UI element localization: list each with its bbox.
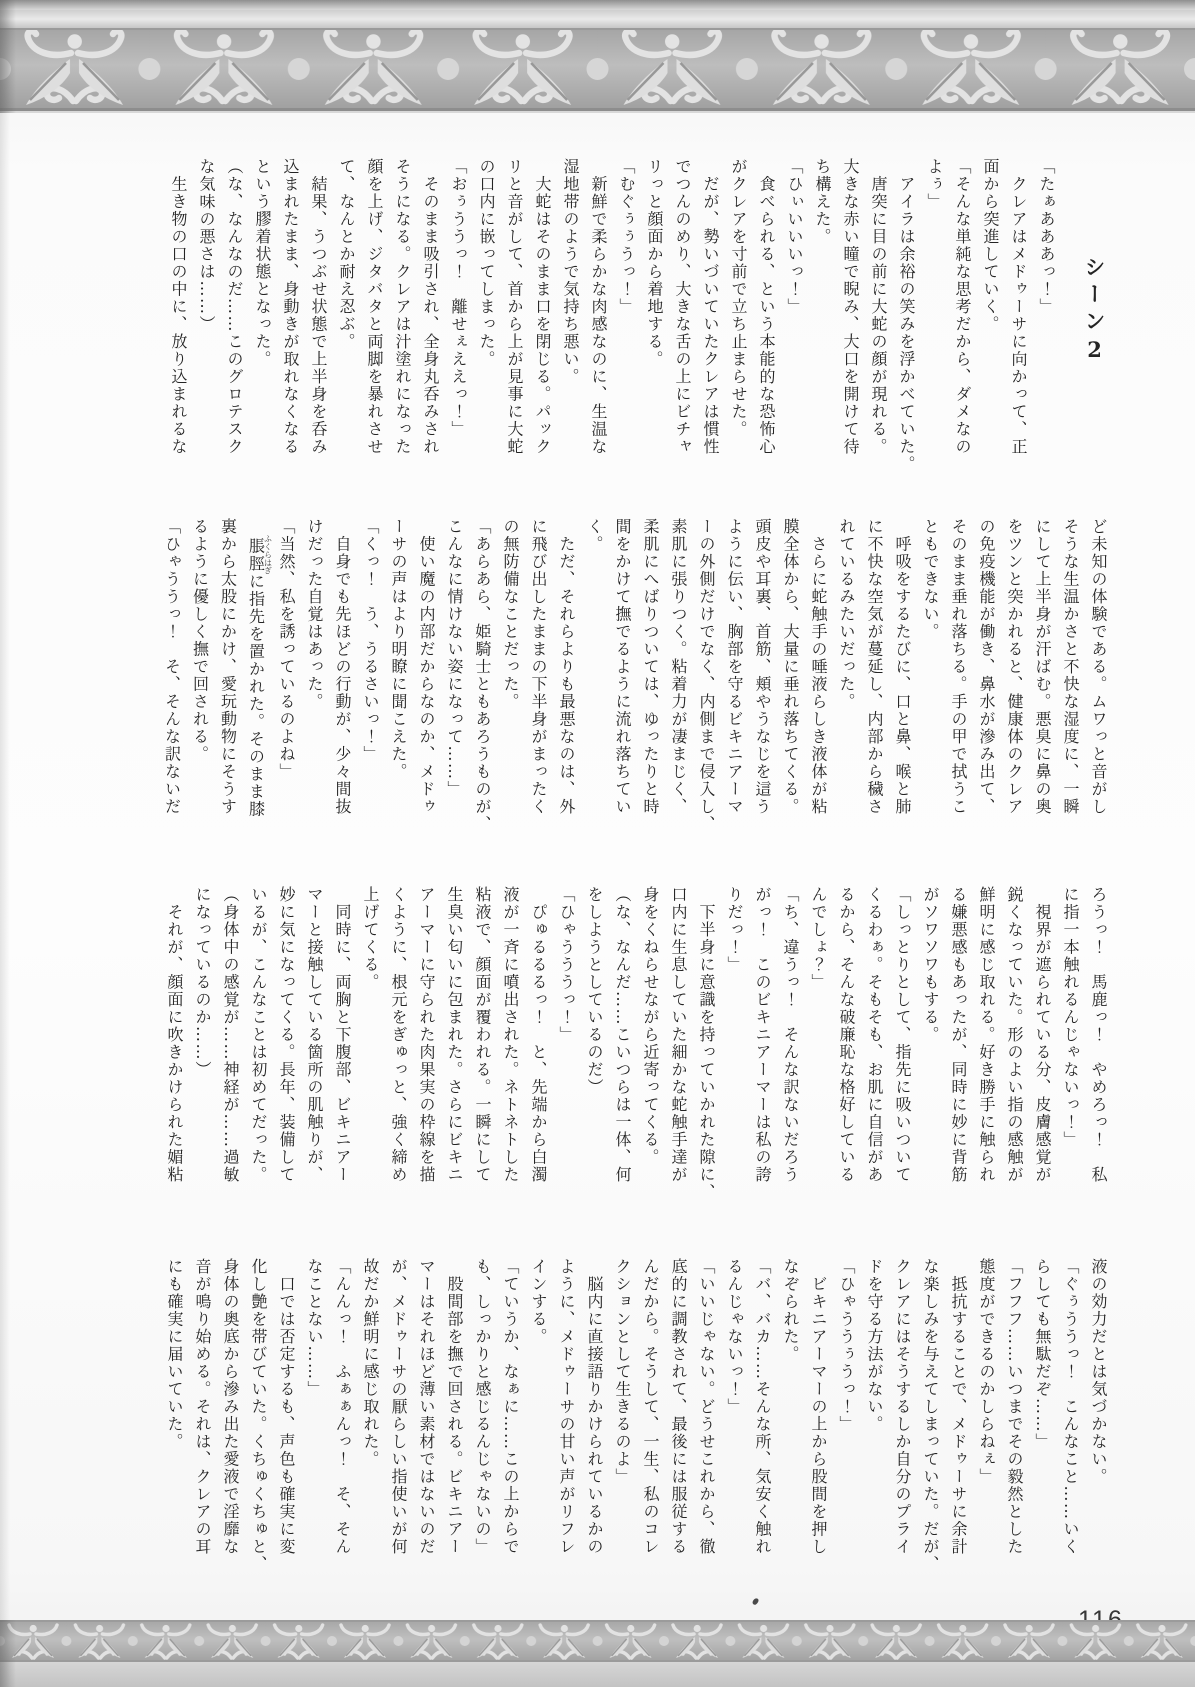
text-column: 面から突進していく。 bbox=[976, 158, 1004, 476]
bottom-ornament-frieze bbox=[0, 1620, 1195, 1687]
text-column: 化し艶を帯びていた。くちゅくちゅと、 bbox=[244, 1258, 272, 1576]
text-column: 「ち、違うっ！ そんな訳ないだろう bbox=[776, 886, 804, 1204]
book-page: シーン2 「たぁあああっ！」 クレアはメドゥーサに向かって、正面から突進していく… bbox=[0, 0, 1195, 1687]
text-column: の免疫機能が働き、鼻水が滲み出て、 bbox=[972, 518, 1000, 836]
text-column: 「そんな単純な思考だから、ダメなの bbox=[948, 158, 976, 476]
text-column: けだった自覚はあった。 bbox=[300, 518, 328, 836]
text-column: 生臭い匂いに包まれた。さらにビキニ bbox=[440, 886, 468, 1204]
text-column: 脳内に直接語りかけられているかの bbox=[580, 1258, 608, 1576]
text-column: 音が鳴り始める。それは、クレアの耳 bbox=[188, 1258, 216, 1576]
text-column: るから、そんな破廉恥な格好している bbox=[832, 886, 860, 1204]
text-column: ように、メドゥーサの甘い声がリフレ bbox=[552, 1258, 580, 1576]
text-column: インする。 bbox=[524, 1258, 552, 1576]
text-column: 大蛇はそのまま口を閉じる。パック bbox=[528, 158, 556, 476]
text-column: アイラは余裕の笑みを浮かべていた。 bbox=[892, 158, 920, 476]
text-column: 粘液で、顔面が覆われる。一瞬にして bbox=[468, 886, 496, 1204]
text-column: 間をかけて撫でるように流れ落ちてい bbox=[608, 518, 636, 836]
text-column: ーの外側だけでなく、内側まで侵入し、 bbox=[692, 518, 720, 836]
ruby-annotation: 脹脛ふくらはぎ bbox=[247, 536, 266, 574]
text-column: 鋭くなっていた。形のよい指の感触が bbox=[1000, 886, 1028, 1204]
text-column: くように、根元をぎゅっと、強く締め bbox=[384, 886, 412, 1204]
text-column: マーはそれほど薄い素材ではないのだ bbox=[412, 1258, 440, 1576]
text-column: ぴゅるるるっ！ と、先端から白濁 bbox=[524, 886, 552, 1204]
text-column: ろうっ！ 馬鹿っ！ やめろっ！ 私 bbox=[1084, 886, 1112, 1204]
text-column: 口では否定するも、声色も確実に変 bbox=[272, 1258, 300, 1576]
text-column: 股間部を撫で回される。ビキニアー bbox=[440, 1258, 468, 1576]
text-column: そのまま吸引され、全身丸呑みされ bbox=[416, 158, 444, 476]
text-column: 「ひゃううっ！ そ、そんな訳ないだ bbox=[158, 518, 186, 836]
text-column: んだから。そうして、一生、私のコレ bbox=[636, 1258, 664, 1576]
text-column: 「あらあら、姫騎士ともあろうものが、 bbox=[468, 518, 496, 836]
text-block-1: シーン2 「たぁあああっ！」 クレアはメドゥーサに向かって、正面から突進していく… bbox=[158, 158, 1112, 476]
text-column: 抵抗することで、メドゥーサに余計 bbox=[944, 1258, 972, 1576]
text-column: そうな生温かさと不快な湿度に、一瞬 bbox=[1056, 518, 1084, 836]
text-column: でつんのめり、大きな舌の上にビチャ bbox=[668, 158, 696, 476]
text-column: そのまま垂れ落ちる。手の甲で拭うこ bbox=[944, 518, 972, 836]
text-column: るように優しく撫で回される。 bbox=[186, 518, 214, 836]
text-column: 「ひゃうううっ！」 bbox=[552, 886, 580, 1204]
text-column: なことない……」 bbox=[300, 1258, 328, 1576]
text-block-4: 液の効力だとは気づかない。「ぐぅううっ！ こんなこと……いくらしても無駄だぞ……… bbox=[158, 1258, 1112, 1576]
text-column: 身をくねらせながら近寄ってくる。 bbox=[636, 886, 664, 1204]
text-column: 「いいじゃない。どうせこれから、徹 bbox=[692, 1258, 720, 1576]
text-column: るんじゃないっ！」 bbox=[720, 1258, 748, 1576]
text-column: ように伝い、胸部を守るビキニアーマ bbox=[720, 518, 748, 836]
text-column: る嫌悪感もあったが、同時に妙に背筋 bbox=[944, 886, 972, 1204]
top-ornament-border bbox=[0, 0, 1195, 113]
text-column: にして上半身が汗ばむ。悪臭に鼻の奥 bbox=[1028, 518, 1056, 836]
text-column: 妙に気になってくる。長年、装備して bbox=[272, 886, 300, 1204]
text-column: だが、勢いづいていたクレアは慣性 bbox=[696, 158, 724, 476]
text-column: がっ！ このビキニアーマーは私の誇 bbox=[748, 886, 776, 1204]
text-column: 顔を上げ、ジタバタと両脚を暴れさせ bbox=[360, 158, 388, 476]
text-column: にも確実に届いていた。 bbox=[160, 1258, 188, 1576]
text-column: 視界が遮られている分、皮膚感覚が bbox=[1028, 886, 1056, 1204]
text-column: 込まれたまま、身動きが取れなくなる bbox=[276, 158, 304, 476]
text-column: そうになる。クレアは汁塗れになった bbox=[388, 158, 416, 476]
text-column: 大きな赤い瞳で睨み、大口を開けて待 bbox=[836, 158, 864, 476]
ink-speck bbox=[752, 1597, 760, 1606]
text-column: 「ていうか、なぁに……この上からで bbox=[496, 1258, 524, 1576]
text-column: 使い魔の内部だからなのか、メドゥ bbox=[412, 518, 440, 836]
text-column: の無防備なことだった。 bbox=[496, 518, 524, 836]
text-column: 態度ができるのかしらねぇ」 bbox=[972, 1258, 1000, 1576]
text-column: クションとして生きるのよ」 bbox=[608, 1258, 636, 1576]
text-column: 鮮明に感じ取れる。好き勝手に触られ bbox=[972, 886, 1000, 1204]
text-column: くるわぁ。そもそも、お肌に自信があ bbox=[860, 886, 888, 1204]
text-column: 脹脛ふくらはぎに指先を置かれた。そのまま膝 bbox=[242, 518, 273, 836]
text-column: 「しっとりとして、指先に吸いついて bbox=[888, 886, 916, 1204]
text-column: 呼吸をするたびに、口と鼻、喉と肺 bbox=[888, 518, 916, 836]
text-column: 新鮮で柔らかな肉感なのに、生温な bbox=[584, 158, 612, 476]
text-column: 下半身に意識を持っていかれた隙に、 bbox=[692, 886, 720, 1204]
text-column: ーサの声はより明瞭に聞こえた。 bbox=[384, 518, 412, 836]
text-column: て、なんとか耐え忍ぶ。 bbox=[332, 158, 360, 476]
text-column: こんなに情けない姿になって……」 bbox=[440, 518, 468, 836]
text-column: 「当然、私を誘っているのよね」 bbox=[272, 518, 300, 836]
text-column: りだっ！」 bbox=[720, 886, 748, 1204]
text-column: 身体の奥底から滲み出た愛液で淫靡な bbox=[216, 1258, 244, 1576]
text-column: アーマーに守られた肉果実の枠線を描 bbox=[412, 886, 440, 1204]
text-column: 「バ、バカ……そんな所、気安く触れ bbox=[748, 1258, 776, 1576]
text-column: よぅ」 bbox=[920, 158, 948, 476]
text-column: な楽しみを与えてしまっていた。だが、 bbox=[916, 1258, 944, 1576]
text-column: 液の効力だとは気づかない。 bbox=[1084, 1258, 1112, 1576]
text-column: 「おぅううっ！ 離せぇええっ！」 bbox=[444, 158, 472, 476]
text-column: 「ひぃいいいっ！」 bbox=[780, 158, 808, 476]
text-column: 裏から太股にかけ、愛玩動物にそうす bbox=[214, 518, 242, 836]
text-column: く。 bbox=[580, 518, 608, 836]
text-column: （な、なんなのだ……このグロテスク bbox=[220, 158, 248, 476]
text-column: んでしょ？」 bbox=[804, 886, 832, 1204]
text-column: な気味の悪さは……） bbox=[192, 158, 220, 476]
text-column: が、メドゥーサの厭らしい指使いが何 bbox=[384, 1258, 412, 1576]
text-column: いるが、こんなことは初めてだった。 bbox=[244, 886, 272, 1204]
text-column: クレアはメドゥーサに向かって、正 bbox=[1004, 158, 1032, 476]
text-column: 「フフフ……いつまでその毅然とした bbox=[1000, 1258, 1028, 1576]
text-column: らしても無駄だぞ……」 bbox=[1028, 1258, 1056, 1576]
text-column: をしようとしているのだ） bbox=[580, 886, 608, 1204]
text-column: 底的に調教されて、最後には服従する bbox=[664, 1258, 692, 1576]
text-column: 上げてくる。 bbox=[356, 886, 384, 1204]
scene-heading: シーン2 bbox=[1076, 158, 1112, 476]
text-column: 食べられる、という本能的な恐怖心 bbox=[752, 158, 780, 476]
text-column: 「ぐぅううっ！ こんなこと……いく bbox=[1056, 1258, 1084, 1576]
text-column: クレアにはそうするしか自分のプライ bbox=[888, 1258, 916, 1576]
text-column: 「むぐぅぅうっ！」 bbox=[612, 158, 640, 476]
text-column: さらに蛇触手の唾液らしき液体が粘 bbox=[804, 518, 832, 836]
text-column: に指一本触れるんじゃないっ！」 bbox=[1056, 886, 1084, 1204]
text-column: リと音がして、首から上が見事に大蛇 bbox=[500, 158, 528, 476]
text-column: 自身でも先ほどの行動が、少々間抜 bbox=[328, 518, 356, 836]
text-column: も、しっかりと感じるんじゃないの」 bbox=[468, 1258, 496, 1576]
text-column: ともできない。 bbox=[916, 518, 944, 836]
text-column: をツンと突かれると、健康体のクレア bbox=[1000, 518, 1028, 836]
text-column: ただ、それらよりも最悪なのは、外 bbox=[552, 518, 580, 836]
text-block-3: ろうっ！ 馬鹿っ！ やめろっ！ 私に指一本触れるんじゃないっ！」 視界が遮られて… bbox=[158, 886, 1112, 1204]
text-column: 「ひゃううぅうっ！」 bbox=[832, 1258, 860, 1576]
text-column: という膠着状態となった。 bbox=[248, 158, 276, 476]
text-column: （な、なんだ……こいつらは一体、何 bbox=[608, 886, 636, 1204]
text-column: 故だか鮮明に感じ取れた。 bbox=[356, 1258, 384, 1576]
text-column: ドを守る方法がない。 bbox=[860, 1258, 888, 1576]
text-column: 膜全体から、大量に垂れ落ちてくる。 bbox=[776, 518, 804, 836]
top-ornament-frieze bbox=[0, 0, 1195, 113]
text-column: なぞられた。 bbox=[776, 1258, 804, 1576]
text-column: 同時に、両胸と下腹部、ビキニアー bbox=[328, 886, 356, 1204]
text-column: 柔肌にへばりついては、ゆったりと時 bbox=[636, 518, 664, 836]
text-column: 液が一斉に噴出された。ネトネトした bbox=[496, 886, 524, 1204]
text-column: 素肌に張りつく。粘着力が凄まじく、 bbox=[664, 518, 692, 836]
text-column: 唐突に目の前に大蛇の顔が現れる。 bbox=[864, 158, 892, 476]
page-left-edge-shadow bbox=[0, 0, 10, 1687]
text-column: 生き物の口の中に、放り込まれるな bbox=[164, 158, 192, 476]
text-column: の口内に嵌ってしまった。 bbox=[472, 158, 500, 476]
text-column: に飛び出したままの下半身がまったく bbox=[524, 518, 552, 836]
text-column: 結果、うつぶせ状態で上半身を呑み bbox=[304, 158, 332, 476]
text-column: リっと顔面から着地する。 bbox=[640, 158, 668, 476]
text-column: がクレアを寸前で立ち止まらせた。 bbox=[724, 158, 752, 476]
text-column: れているみたいだった。 bbox=[832, 518, 860, 836]
text-column: に不快な空気が蔓延し、内部から穢さ bbox=[860, 518, 888, 836]
bottom-ornament-border bbox=[0, 1620, 1195, 1687]
text-column: 頭皮や耳裏、首筋、頬やうなじを這う bbox=[748, 518, 776, 836]
text-column: ち構えた。 bbox=[808, 158, 836, 476]
text-column: ビキニアーマーの上から股間を押し bbox=[804, 1258, 832, 1576]
text-column: 「たぁあああっ！」 bbox=[1032, 158, 1060, 476]
text-column: 口内に生息していた細かな蛇触手達が bbox=[664, 886, 692, 1204]
text-column: がソワソワもする。 bbox=[916, 886, 944, 1204]
text-block-2: ど未知の体験である。ムワっと音がしそうな生温かさと不快な湿度に、一瞬にして上半身… bbox=[158, 518, 1112, 836]
text-column: ど未知の体験である。ムワっと音がし bbox=[1084, 518, 1112, 836]
text-column: （身体中の感覚が……神経が……過敏 bbox=[216, 886, 244, 1204]
text-column: マーと接触している箇所の肌触りが、 bbox=[300, 886, 328, 1204]
text-column: 「くっ！ う、うるさいっ！」 bbox=[356, 518, 384, 836]
text-column: 湿地帯のようで気持ち悪い。 bbox=[556, 158, 584, 476]
text-column: それが、顔面に吹きかけられた媚粘 bbox=[160, 886, 188, 1204]
text-column: になっているのか……） bbox=[188, 886, 216, 1204]
text-column: 「んんっ！ ふぁぁんっ！ そ、そん bbox=[328, 1258, 356, 1576]
